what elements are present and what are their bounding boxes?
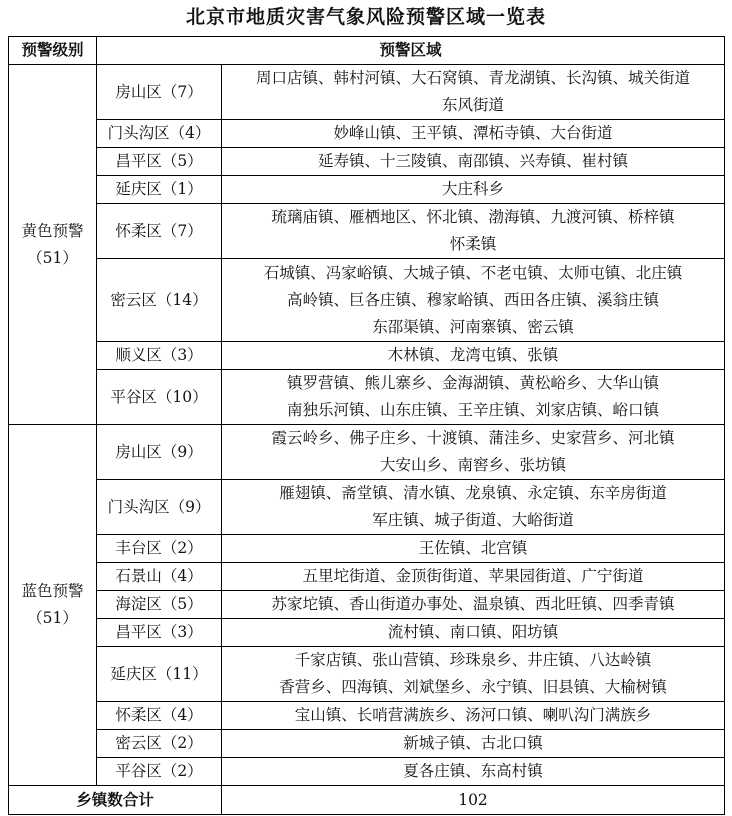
area-line: 周口店镇、韩村河镇、大石窝镇、青龙湖镇、长沟镇、城关街道	[226, 65, 720, 92]
total-row: 乡镇数合计102	[9, 786, 725, 815]
district-cell: 顺义区（3）	[97, 342, 222, 370]
areas-cell: 琉璃庙镇、雁栖地区、怀北镇、渤海镇、九渡河镇、桥梓镇怀柔镇	[222, 204, 725, 259]
area-line: 延寿镇、十三陵镇、南邵镇、兴寿镇、崔村镇	[226, 148, 720, 175]
table-row: 延庆区（11）千家店镇、张山营镇、珍珠泉乡、井庄镇、八达岭镇香营乡、四海镇、刘斌…	[9, 647, 725, 702]
area-line: 千家店镇、张山营镇、珍珠泉乡、井庄镇、八达岭镇	[226, 647, 720, 674]
area-line: 王佐镇、北宫镇	[226, 535, 720, 562]
areas-cell: 石城镇、冯家峪镇、大城子镇、不老屯镇、太师屯镇、北庄镇高岭镇、巨各庄镇、穆家峪镇…	[222, 259, 725, 342]
total-label: 乡镇数合计	[9, 786, 222, 815]
table-row: 密云区（14）石城镇、冯家峪镇、大城子镇、不老屯镇、太师屯镇、北庄镇高岭镇、巨各…	[9, 259, 725, 342]
district-cell: 怀柔区（7）	[97, 204, 222, 259]
area-line: 东风街道	[226, 92, 720, 119]
area-line: 霞云岭乡、佛子庄乡、十渡镇、蒲洼乡、史家营乡、河北镇	[226, 425, 720, 452]
area-line: 大安山乡、南窖乡、张坊镇	[226, 452, 720, 479]
area-line: 南独乐河镇、山东庄镇、王辛庄镇、刘家店镇、峪口镇	[226, 397, 720, 424]
district-cell: 昌平区（5）	[97, 148, 222, 176]
district-cell: 怀柔区（4）	[97, 702, 222, 730]
table-row: 昌平区（3）流村镇、南口镇、阳坊镇	[9, 619, 725, 647]
area-line: 石城镇、冯家峪镇、大城子镇、不老屯镇、太师屯镇、北庄镇	[226, 260, 720, 287]
table-row: 丰台区（2）王佐镇、北宫镇	[9, 535, 725, 563]
header-areas: 预警区域	[97, 37, 725, 65]
area-line: 琉璃庙镇、雁栖地区、怀北镇、渤海镇、九渡河镇、桥梓镇	[226, 204, 720, 231]
areas-cell: 新城子镇、古北口镇	[222, 730, 725, 758]
level-label: 黄色预警	[13, 218, 92, 245]
areas-cell: 霞云岭乡、佛子庄乡、十渡镇、蒲洼乡、史家营乡、河北镇大安山乡、南窖乡、张坊镇	[222, 425, 725, 480]
district-cell: 密云区（14）	[97, 259, 222, 342]
area-line: 军庄镇、城子街道、大峪街道	[226, 507, 720, 534]
district-cell: 延庆区（1）	[97, 176, 222, 204]
table-row: 昌平区（5）延寿镇、十三陵镇、南邵镇、兴寿镇、崔村镇	[9, 148, 725, 176]
areas-cell: 雁翅镇、斋堂镇、清水镇、龙泉镇、永定镇、东辛房街道军庄镇、城子街道、大峪街道	[222, 480, 725, 535]
areas-cell: 木林镇、龙湾屯镇、张镇	[222, 342, 725, 370]
district-cell: 丰台区（2）	[97, 535, 222, 563]
area-line: 苏家坨镇、香山街道办事处、温泉镇、西北旺镇、四季青镇	[226, 591, 720, 618]
areas-cell: 周口店镇、韩村河镇、大石窝镇、青龙湖镇、长沟镇、城关街道东风街道	[222, 65, 725, 120]
areas-cell: 大庄科乡	[222, 176, 725, 204]
areas-cell: 王佐镇、北宫镇	[222, 535, 725, 563]
area-line: 大庄科乡	[226, 176, 720, 203]
table-row: 蓝色预警（51）房山区（9）霞云岭乡、佛子庄乡、十渡镇、蒲洼乡、史家营乡、河北镇…	[9, 425, 725, 480]
district-cell: 房山区（9）	[97, 425, 222, 480]
total-value: 102	[222, 786, 725, 815]
areas-cell: 夏各庄镇、东高村镇	[222, 758, 725, 786]
area-line: 妙峰山镇、王平镇、潭柘寺镇、大台街道	[226, 120, 720, 147]
area-line: 夏各庄镇、东高村镇	[226, 758, 720, 785]
district-cell: 门头沟区（4）	[97, 120, 222, 148]
district-cell: 房山区（7）	[97, 65, 222, 120]
table-row: 怀柔区（7）琉璃庙镇、雁栖地区、怀北镇、渤海镇、九渡河镇、桥梓镇怀柔镇	[9, 204, 725, 259]
areas-cell: 宝山镇、长哨营满族乡、汤河口镇、喇叭沟门满族乡	[222, 702, 725, 730]
district-cell: 平谷区（2）	[97, 758, 222, 786]
area-line: 木林镇、龙湾屯镇、张镇	[226, 342, 720, 369]
table-row: 延庆区（1）大庄科乡	[9, 176, 725, 204]
table-row: 平谷区（10）镇罗营镇、熊儿寨乡、金海湖镇、黄松峪乡、大华山镇南独乐河镇、山东庄…	[9, 370, 725, 425]
district-cell: 平谷区（10）	[97, 370, 222, 425]
area-line: 高岭镇、巨各庄镇、穆家峪镇、西田各庄镇、溪翁庄镇	[226, 287, 720, 314]
yellow-warning-level: 黄色预警（51）	[9, 65, 97, 425]
table-row: 平谷区（2）夏各庄镇、东高村镇	[9, 758, 725, 786]
areas-cell: 延寿镇、十三陵镇、南邵镇、兴寿镇、崔村镇	[222, 148, 725, 176]
level-count: （51）	[13, 245, 92, 272]
header-row: 预警级别 预警区域	[9, 37, 725, 65]
level-count: （51）	[13, 605, 92, 632]
district-cell: 石景山（4）	[97, 563, 222, 591]
areas-cell: 妙峰山镇、王平镇、潭柘寺镇、大台街道	[222, 120, 725, 148]
areas-cell: 流村镇、南口镇、阳坊镇	[222, 619, 725, 647]
page-title: 北京市地质灾害气象风险预警区域一览表	[0, 4, 732, 30]
warning-table: 预警级别 预警区域 黄色预警（51）房山区（7）周口店镇、韩村河镇、大石窝镇、青…	[8, 36, 725, 815]
district-cell: 延庆区（11）	[97, 647, 222, 702]
areas-cell: 镇罗营镇、熊儿寨乡、金海湖镇、黄松峪乡、大华山镇南独乐河镇、山东庄镇、王辛庄镇、…	[222, 370, 725, 425]
table-row: 密云区（2）新城子镇、古北口镇	[9, 730, 725, 758]
area-line: 雁翅镇、斋堂镇、清水镇、龙泉镇、永定镇、东辛房街道	[226, 480, 720, 507]
table-row: 门头沟区（9）雁翅镇、斋堂镇、清水镇、龙泉镇、永定镇、东辛房街道军庄镇、城子街道…	[9, 480, 725, 535]
table-row: 石景山（4）五里坨街道、金顶街街道、苹果园街道、广宁街道	[9, 563, 725, 591]
district-cell: 密云区（2）	[97, 730, 222, 758]
area-line: 香营乡、四海镇、刘斌堡乡、永宁镇、旧县镇、大榆树镇	[226, 674, 720, 701]
table-row: 顺义区（3）木林镇、龙湾屯镇、张镇	[9, 342, 725, 370]
areas-cell: 五里坨街道、金顶街街道、苹果园街道、广宁街道	[222, 563, 725, 591]
table-row: 海淀区（5）苏家坨镇、香山街道办事处、温泉镇、西北旺镇、四季青镇	[9, 591, 725, 619]
area-line: 五里坨街道、金顶街街道、苹果园街道、广宁街道	[226, 563, 720, 590]
area-line: 镇罗营镇、熊儿寨乡、金海湖镇、黄松峪乡、大华山镇	[226, 370, 720, 397]
table-row: 怀柔区（4）宝山镇、长哨营满族乡、汤河口镇、喇叭沟门满族乡	[9, 702, 725, 730]
area-line: 东邵渠镇、河南寨镇、密云镇	[226, 314, 720, 341]
area-line: 怀柔镇	[226, 231, 720, 258]
level-label: 蓝色预警	[13, 578, 92, 605]
table-row: 门头沟区（4）妙峰山镇、王平镇、潭柘寺镇、大台街道	[9, 120, 725, 148]
areas-cell: 千家店镇、张山营镇、珍珠泉乡、井庄镇、八达岭镇香营乡、四海镇、刘斌堡乡、永宁镇、…	[222, 647, 725, 702]
areas-cell: 苏家坨镇、香山街道办事处、温泉镇、西北旺镇、四季青镇	[222, 591, 725, 619]
area-line: 宝山镇、长哨营满族乡、汤河口镇、喇叭沟门满族乡	[226, 702, 720, 729]
blue-warning-level: 蓝色预警（51）	[9, 425, 97, 786]
district-cell: 海淀区（5）	[97, 591, 222, 619]
district-cell: 昌平区（3）	[97, 619, 222, 647]
header-level: 预警级别	[9, 37, 97, 65]
table-row: 黄色预警（51）房山区（7）周口店镇、韩村河镇、大石窝镇、青龙湖镇、长沟镇、城关…	[9, 65, 725, 120]
area-line: 新城子镇、古北口镇	[226, 730, 720, 757]
district-cell: 门头沟区（9）	[97, 480, 222, 535]
area-line: 流村镇、南口镇、阳坊镇	[226, 619, 720, 646]
